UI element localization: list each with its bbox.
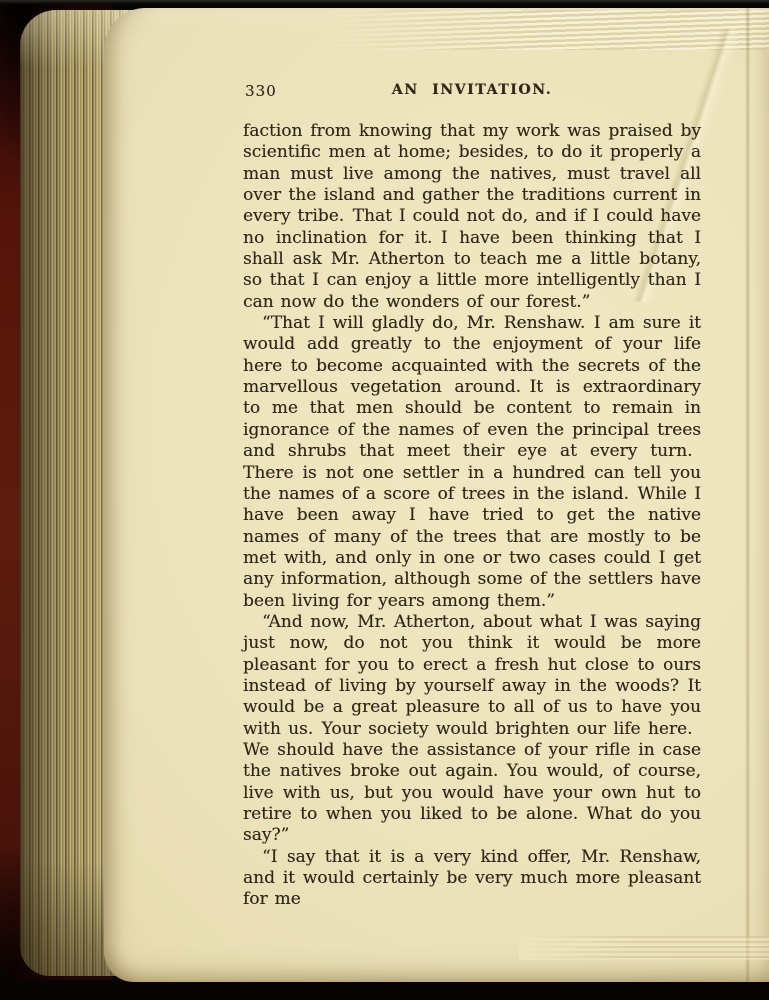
book-page: 330 AN INVITATION. faction from knowing … [104, 8, 769, 982]
running-header: AN INVITATION. [392, 82, 552, 98]
page-header: 330 AN INVITATION. [243, 82, 701, 104]
paragraph: “That I will gladly do, Mr. Renshaw. I a… [243, 313, 701, 612]
page-text-block: 330 AN INVITATION. faction from knowing … [243, 82, 701, 911]
paragraph: “I say that it is a very kind offer, Mr.… [243, 847, 701, 911]
paragraph: faction from knowing that my work was pr… [243, 121, 701, 313]
book-scan: 330 AN INVITATION. faction from knowing … [0, 0, 769, 1000]
paragraph: “And now, Mr. Atherton, about what I was… [243, 612, 701, 847]
underpage-bottom-edges [519, 936, 769, 960]
page-right-edge [745, 8, 750, 982]
page-number: 330 [245, 82, 277, 100]
